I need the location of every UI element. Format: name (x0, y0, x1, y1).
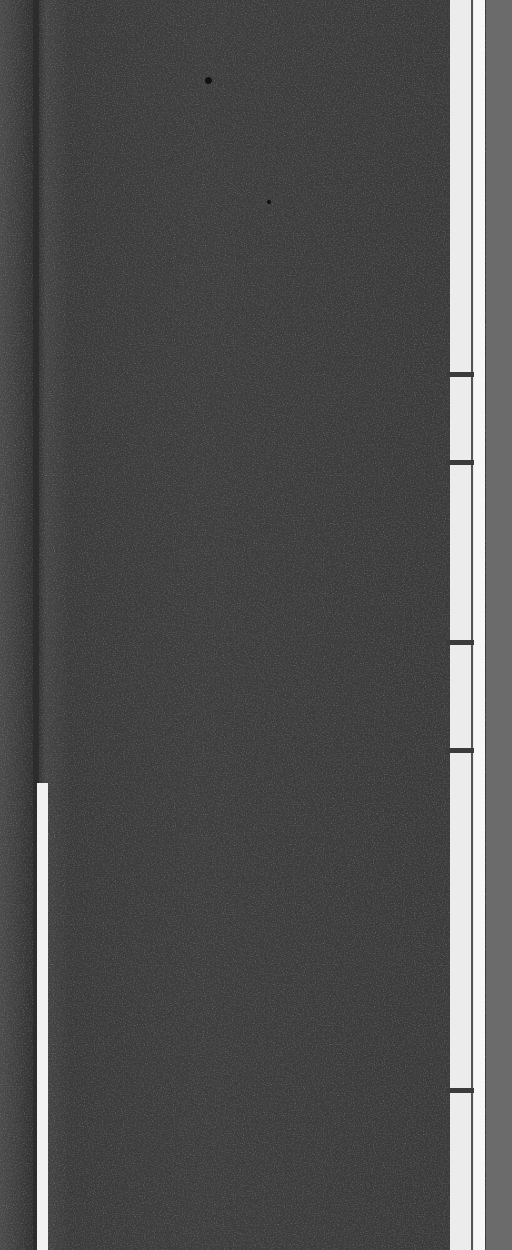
marking-crack (446, 1088, 474, 1093)
marking-crack (446, 748, 474, 753)
asphalt-surface (0, 0, 486, 1250)
road-aerial-image (0, 0, 512, 1250)
road-shoulder (486, 0, 512, 1250)
marking-crack (446, 372, 474, 377)
marking-seam (471, 0, 473, 1250)
marking-crack (446, 460, 474, 465)
asphalt-texture (0, 0, 486, 1250)
pavement-spot (205, 77, 212, 84)
left-lane-marking (37, 783, 48, 1250)
pavement-spot (267, 200, 271, 204)
right-edge-marking-outer (474, 0, 485, 1250)
marking-crack (446, 640, 474, 645)
